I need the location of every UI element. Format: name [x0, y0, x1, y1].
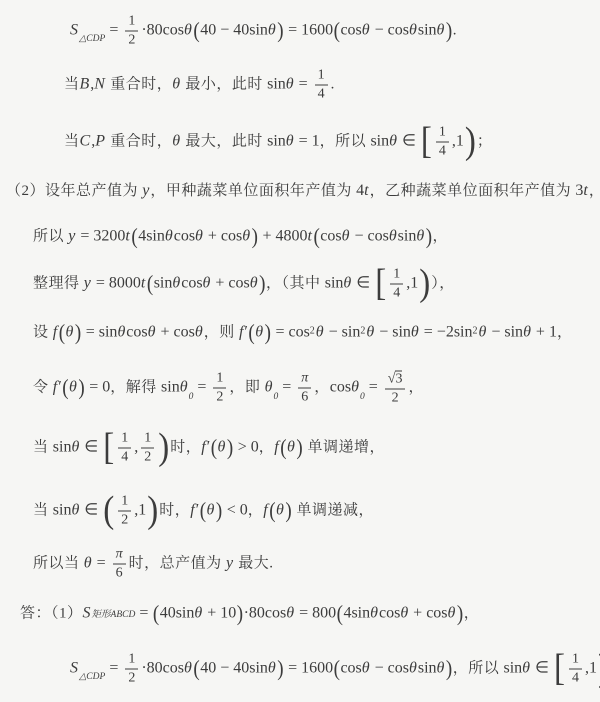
math-variable: θ	[437, 22, 446, 40]
math-roman: ∈	[352, 275, 374, 293]
math-variable: f	[274, 439, 279, 457]
formula-line-13: S△CDP = 12·80cosθ(40 − 40sinθ) = 1600(co…	[70, 653, 600, 686]
chinese-text: 重合时，	[106, 76, 172, 93]
fraction-denominator: 4	[121, 449, 128, 465]
fraction-numerator: 1	[315, 69, 328, 86]
math-roman: =	[105, 660, 122, 678]
math-variable: θ	[117, 324, 126, 342]
math-roman: = 800	[295, 605, 336, 623]
math-variable: θ	[523, 324, 532, 342]
chinese-text: 时，总产值为	[129, 555, 226, 572]
math-roman: + 4800	[258, 228, 307, 246]
chinese-text: ；	[477, 133, 493, 150]
math-roman: − sin	[325, 324, 361, 342]
math-variable: θ	[195, 228, 204, 246]
math-roman: ,1	[452, 133, 464, 151]
paren-delimiter: (	[147, 273, 153, 295]
math-variable: θ	[362, 22, 371, 40]
paren-delimiter: (	[153, 603, 159, 625]
math-roman: sin	[154, 275, 173, 293]
math-roman: = 0	[85, 379, 110, 397]
math-roman: cos	[340, 660, 361, 678]
paren-delimiter: )	[252, 226, 258, 248]
math-variable: θ	[172, 133, 181, 151]
math-roman: + 10	[203, 605, 236, 623]
chinese-text: 重合时，	[106, 133, 172, 150]
math-roman: ′	[244, 324, 248, 342]
fraction: 12	[125, 653, 138, 686]
subscript: 0	[189, 392, 194, 403]
chinese-text: 整理得	[33, 275, 84, 292]
math-variable: θ	[416, 228, 425, 246]
math-variable: θ	[286, 76, 295, 94]
math-roman: cos	[379, 605, 400, 623]
math-roman: =	[105, 22, 122, 40]
big-delimiter: (	[103, 493, 114, 529]
fraction: 12	[118, 495, 131, 528]
paren-delimiter: )	[446, 20, 452, 42]
fraction: 12	[213, 372, 226, 405]
math-roman: 4sin	[138, 228, 165, 246]
math-variable: θ	[180, 379, 189, 397]
paren-delimiter: (	[193, 658, 199, 680]
fraction: √32	[385, 371, 406, 406]
fraction: 12	[125, 15, 138, 48]
subscript: △CDP	[79, 34, 105, 45]
math-variable: θ	[342, 228, 351, 246]
chinese-text: 最大，此时	[181, 133, 267, 150]
big-delimiter: [	[375, 266, 386, 302]
math-roman: 3	[575, 182, 583, 200]
math-roman: ,1	[406, 275, 418, 293]
math-variable: θ	[69, 379, 78, 397]
chinese-text: ，即	[229, 379, 264, 396]
math-variable: θ	[370, 605, 379, 623]
fraction-numerator: π	[113, 548, 126, 565]
fraction-numerator: 1	[118, 432, 131, 449]
math-variable: θ	[287, 439, 296, 457]
fraction-numerator: 1	[125, 653, 138, 670]
radical-sign: √	[388, 373, 396, 387]
math-variable: θ	[400, 605, 409, 623]
math-roman: cos	[340, 22, 361, 40]
math-variable: θ	[316, 324, 325, 342]
paren-delimiter: (	[248, 322, 254, 344]
formula-line-6: 整理得 y = 8000t(sinθcosθ + cosθ)，（其中 sinθ …	[33, 268, 455, 301]
chinese-text: ，	[248, 502, 264, 519]
math-roman: ∈	[531, 660, 553, 678]
paren-delimiter: (	[62, 377, 68, 399]
math-roman: sin	[53, 439, 72, 457]
math-variable: θ	[184, 660, 193, 678]
fraction: 12	[141, 432, 154, 465]
math-variable: θ	[286, 605, 295, 623]
big-delimiter: )	[147, 493, 158, 529]
fraction-numerator: π	[298, 372, 311, 389]
math-variable: θ	[250, 275, 259, 293]
paren-delimiter: (	[334, 658, 340, 680]
fraction-numerator: 1	[141, 432, 154, 449]
paren-delimiter: )	[457, 603, 463, 625]
math-variable: S	[83, 605, 92, 623]
math-roman: cos	[181, 275, 202, 293]
math-variable: θ	[389, 228, 398, 246]
fraction-denominator: 6	[116, 565, 123, 581]
fraction-numerator: 1	[390, 268, 403, 285]
fraction-denominator: 4	[318, 86, 325, 102]
chinese-text: .	[331, 76, 335, 93]
fraction: 14	[315, 69, 328, 102]
math-roman: = 1600	[284, 22, 333, 40]
math-roman: − cos	[371, 660, 409, 678]
chinese-text: 单调递减，	[292, 502, 374, 519]
math-roman: 40 − 40sin	[200, 22, 268, 40]
math-roman: sin	[161, 379, 180, 397]
math-variable: f	[263, 502, 268, 520]
math-roman: sin	[267, 76, 286, 94]
paren-delimiter: (	[337, 603, 343, 625]
math-variable: t	[141, 275, 146, 293]
formula-line-12: 答：（1）S矩形ABCD = (40sinθ + 10)·80cosθ = 80…	[20, 605, 479, 624]
formula-line-7: 设 f(θ) = sinθcosθ + cosθ，则 f′(θ) = cos2θ…	[33, 324, 572, 343]
fraction-denominator: 2	[144, 449, 151, 465]
chinese-text: ，	[464, 605, 480, 622]
fraction-numerator: 1	[118, 495, 131, 512]
paren-delimiter: )	[237, 603, 243, 625]
chinese-text: ），	[431, 275, 455, 292]
big-delimiter: )	[158, 430, 169, 466]
paren-delimiter: (	[334, 20, 340, 42]
formula-line-1: S△CDP = 12·80cosθ(40 − 40sinθ) = 1600(co…	[70, 15, 457, 48]
paren-delimiter: )	[259, 273, 265, 295]
fraction-numerator: 1	[125, 15, 138, 32]
math-variable: θ	[343, 275, 352, 293]
math-variable: θ	[522, 660, 531, 678]
fraction-denominator: 2	[128, 32, 135, 48]
math-roman: sin	[267, 133, 286, 151]
math-variable: θ	[366, 324, 375, 342]
math-variable: θ	[409, 22, 418, 40]
formula-line-8: 令 f′(θ) = 0，解得 sinθ0 = 12，即 θ0 = π6，cosθ…	[33, 371, 424, 406]
math-roman: =	[365, 379, 382, 397]
math-variable: θ	[165, 228, 174, 246]
math-roman: cos	[174, 228, 195, 246]
paren-delimiter: (	[200, 500, 206, 522]
superscript: 2	[360, 326, 365, 338]
math-roman: sin	[418, 22, 437, 40]
math-roman: + cos	[409, 605, 447, 623]
math-roman: ·80cos	[141, 660, 184, 678]
chinese-text: ，（其中	[266, 275, 325, 292]
chinese-text: 时，	[170, 439, 201, 456]
big-delimiter: [	[421, 124, 432, 160]
math-variable: C	[80, 133, 92, 151]
math-roman: 40sin	[160, 605, 195, 623]
paren-delimiter: )	[296, 437, 302, 459]
math-variable: θ	[172, 76, 181, 94]
math-variable: θ	[389, 133, 398, 151]
big-delimiter: )	[419, 266, 430, 302]
math-variable: θ	[265, 379, 274, 397]
chinese-text: ，甲种蔬菜单位面积年产值为	[150, 182, 356, 199]
paren-delimiter: )	[285, 500, 291, 522]
subscript: 0	[273, 392, 278, 403]
math-variable: θ	[448, 605, 457, 623]
math-roman: = 1600	[284, 660, 333, 678]
big-delimiter: [	[103, 430, 114, 466]
paren-delimiter: (	[269, 500, 275, 522]
math-roman: + cos	[204, 228, 242, 246]
chinese-text: 最小，此时	[181, 76, 267, 93]
chinese-text: ，则	[204, 324, 239, 341]
paren-delimiter: )	[265, 322, 271, 344]
radicand: 3	[395, 371, 402, 387]
chinese-text: ，	[259, 439, 275, 456]
fraction-denominator: 4	[393, 285, 400, 301]
fraction: 14	[118, 432, 131, 465]
math-variable: N	[94, 76, 106, 94]
math-roman: ′	[207, 439, 211, 457]
formula-line-5: 所以 y = 3200t(4sinθcosθ + cosθ) + 4800t(c…	[33, 228, 448, 247]
math-variable: θ	[207, 502, 216, 520]
fraction-numerator: √3	[385, 371, 406, 390]
math-variable: θ	[218, 439, 227, 457]
math-variable: f	[53, 324, 58, 342]
math-variable: θ	[411, 324, 420, 342]
fraction-denominator: 2	[216, 389, 223, 405]
math-variable: y	[84, 275, 92, 293]
math-roman: ∈	[80, 439, 102, 457]
math-variable: θ	[172, 275, 181, 293]
chinese-text: .	[453, 22, 457, 39]
big-delimiter: )	[465, 124, 476, 160]
math-variable: y	[142, 182, 150, 200]
formula-line-2: 当B,N 重合时，θ 最小，此时 sinθ = 14.	[64, 69, 335, 102]
fraction-denominator: 2	[392, 390, 399, 406]
fraction-denominator: 6	[301, 389, 308, 405]
fraction-numerator: 1	[436, 126, 449, 143]
chinese-text: 单调递增，	[303, 439, 385, 456]
math-roman: =	[135, 605, 152, 623]
chinese-text: ，所以	[453, 660, 504, 677]
math-roman: =	[278, 379, 295, 397]
math-roman: = 3200	[76, 228, 125, 246]
math-variable: θ	[148, 324, 157, 342]
formula-line-11: 所以当 θ = π6时，总产值为 y 最大.	[33, 548, 274, 581]
fraction: π6	[113, 548, 126, 581]
math-variable: θ	[84, 555, 93, 573]
math-roman: + 1	[532, 324, 557, 342]
math-roman: ′	[58, 379, 62, 397]
paren-delimiter: (	[131, 226, 137, 248]
math-variable: θ	[66, 324, 75, 342]
fraction-denominator: 4	[572, 670, 579, 686]
chinese-text: ，	[557, 324, 573, 341]
math-roman: sin	[398, 228, 417, 246]
math-roman: < 0	[223, 502, 248, 520]
math-roman: ∈	[398, 133, 420, 151]
math-variable: t	[125, 228, 130, 246]
formula-line-4: （2）设年总产值为 y，甲种蔬菜单位面积年产值为 4t，乙种蔬菜单位面积年产值为…	[6, 182, 600, 200]
math-variable: t	[307, 228, 312, 246]
fraction: 14	[390, 268, 403, 301]
math-roman: ′	[196, 502, 200, 520]
math-variable: θ	[71, 439, 80, 457]
fraction-numerator: 1	[213, 372, 226, 389]
math-roman: > 0	[234, 439, 259, 457]
math-roman: sin	[325, 275, 344, 293]
math-variable: S	[70, 22, 79, 40]
math-roman: ,1	[585, 660, 597, 678]
math-variable: y	[68, 228, 76, 246]
math-roman: sin	[370, 133, 389, 151]
math-roman: = 8000	[92, 275, 141, 293]
chinese-text: ，	[314, 379, 330, 396]
math-variable: θ	[195, 324, 204, 342]
math-document: S△CDP = 12·80cosθ(40 − 40sinθ) = 1600(co…	[0, 0, 600, 702]
chinese-text: 设	[33, 324, 53, 341]
chinese-text: 令	[33, 379, 53, 396]
math-roman: ,	[134, 439, 138, 457]
math-roman: = sin	[82, 324, 118, 342]
math-roman: + cos	[211, 275, 249, 293]
math-variable: θ	[351, 379, 360, 397]
math-variable: θ	[268, 660, 277, 678]
math-variable: θ	[268, 22, 277, 40]
math-roman: = −2sin	[420, 324, 473, 342]
chinese-text: 当	[64, 76, 80, 93]
paren-delimiter: (	[59, 322, 65, 344]
chinese-text: （2）设年总产值为	[6, 182, 142, 199]
paren-delimiter: )	[227, 437, 233, 459]
chinese-text: 最大.	[234, 555, 274, 572]
math-roman: + cos	[156, 324, 194, 342]
chinese-text: 所以	[33, 228, 68, 245]
chinese-text: 当	[64, 133, 80, 150]
chinese-text: ，	[408, 379, 424, 396]
math-roman: 40 − 40sin	[200, 660, 268, 678]
math-roman: = cos	[271, 324, 309, 342]
math-roman: 4	[356, 182, 364, 200]
math-variable: θ	[437, 660, 446, 678]
chinese-text: ，解得	[110, 379, 161, 396]
paren-delimiter: (	[193, 20, 199, 42]
paren-delimiter: )	[78, 377, 84, 399]
math-variable: θ	[479, 324, 488, 342]
fraction-denominator: 2	[121, 512, 128, 528]
fraction-denominator: 2	[128, 670, 135, 686]
math-variable: θ	[255, 324, 264, 342]
math-variable: B	[80, 76, 91, 94]
math-variable: θ	[362, 660, 371, 678]
chinese-text: 时，	[159, 502, 190, 519]
fraction: π6	[298, 372, 311, 405]
paren-delimiter: )	[426, 226, 432, 248]
math-roman: =	[93, 555, 110, 573]
math-roman: − sin	[487, 324, 523, 342]
math-roman: cos	[126, 324, 147, 342]
paren-delimiter: (	[313, 226, 319, 248]
fraction-denominator: 4	[439, 143, 446, 159]
math-roman: =	[295, 76, 312, 94]
subscript: △CDP	[79, 672, 105, 683]
chinese-text: 答：（1）	[20, 605, 83, 622]
chinese-text: 当	[33, 502, 53, 519]
subscript: 0	[360, 392, 365, 403]
subscript: 矩形ABCD	[92, 610, 136, 621]
math-roman: 4sin	[343, 605, 370, 623]
math-roman: cos	[330, 379, 351, 397]
math-roman: ∈	[80, 502, 102, 520]
chinese-text: ，	[589, 182, 600, 199]
paren-delimiter: (	[280, 437, 286, 459]
paren-delimiter: (	[211, 437, 217, 459]
math-roman: ,1	[134, 502, 146, 520]
math-variable: θ	[184, 22, 193, 40]
math-roman: sin	[503, 660, 522, 678]
math-roman: ·80cos	[244, 605, 287, 623]
math-variable: y	[226, 555, 234, 573]
math-variable: θ	[286, 133, 295, 151]
math-roman: = 1	[295, 133, 320, 151]
math-variable: S	[70, 660, 79, 678]
math-roman: − sin	[375, 324, 411, 342]
chinese-text: 当	[33, 439, 53, 456]
paren-delimiter: )	[277, 20, 283, 42]
fraction-numerator: 1	[569, 653, 582, 670]
math-roman: ·80cos	[141, 22, 184, 40]
superscript: 2	[473, 326, 478, 338]
math-roman: sin	[418, 660, 437, 678]
math-variable: θ	[409, 660, 418, 678]
math-variable: θ	[242, 228, 251, 246]
formula-line-10: 当 sinθ ∈ (12,1)时，f′(θ) < 0，f(θ) 单调递减，	[33, 495, 374, 528]
math-roman: − cos	[350, 228, 388, 246]
paren-delimiter: )	[446, 658, 452, 680]
paren-delimiter: )	[216, 500, 222, 522]
formula-line-3: 当C,P 重合时，θ 最大，此时 sinθ = 1，所以 sinθ ∈ [14,…	[64, 126, 492, 159]
paren-delimiter: )	[75, 322, 81, 344]
paren-delimiter: )	[277, 658, 283, 680]
fraction: 14	[436, 126, 449, 159]
math-roman: − cos	[371, 22, 409, 40]
math-variable: θ	[71, 502, 80, 520]
chinese-text: ，	[433, 228, 449, 245]
chinese-text: 所以当	[33, 555, 84, 572]
math-variable: θ	[203, 275, 212, 293]
superscript: 2	[310, 326, 315, 338]
math-variable: θ	[276, 502, 285, 520]
math-roman: =	[193, 379, 210, 397]
formula-line-9: 当 sinθ ∈ [14,12)时，f′(θ) > 0，f(θ) 单调递增，	[33, 432, 385, 465]
chinese-text: ，所以	[320, 133, 371, 150]
big-delimiter: [	[554, 651, 565, 687]
fraction: 14	[569, 653, 582, 686]
math-roman: sin	[53, 502, 72, 520]
math-roman: cos	[320, 228, 341, 246]
chinese-text: ，乙种蔬菜单位面积年产值为	[370, 182, 576, 199]
math-variable: P	[95, 133, 106, 151]
math-variable: θ	[194, 605, 203, 623]
